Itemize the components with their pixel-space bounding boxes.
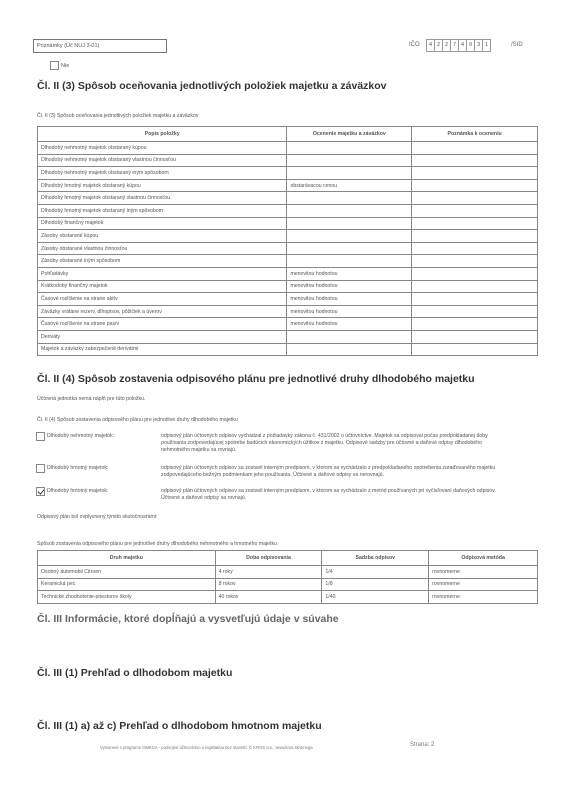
table-cell [287,343,412,356]
footer-credit: Vytvorené v programe OMEGA - podvojné úč… [100,745,313,750]
ico-digit: 1 [482,39,491,52]
checked-checkbox[interactable] [36,487,45,496]
table-row: Zásoby obstarané kúpou [38,230,538,243]
table-cell: menovitou hodnotou [287,305,412,318]
table-cell: Zásoby obstarané iným spôsobom [38,255,287,268]
table-row: Zásoby obstarané iným spôsobom [38,255,538,268]
table-cell [412,242,538,255]
column-header: Odpisová metóda [429,551,538,566]
table-cell [287,242,412,255]
table-cell: Časové rozlíšenie na strane aktív [38,293,287,306]
table-cell: Dlhodobý nehmotný majetok obstaraný iným… [38,167,287,180]
table-cell: Krátkodobý finančný majetok [38,280,287,293]
table-cell [412,255,538,268]
table-cell: Deriváty [38,330,287,343]
depreciation-option-label: Dlhodobý hmotný majetok: [47,488,108,494]
table-cell: obstarávacou cenou [287,179,412,192]
depreciation-option-text: odpisový plán účtovných odpisov sa zosta… [161,488,506,502]
table-cell: Dlhodobý hmotný majetok obstaraný iným s… [38,204,287,217]
depreciation-option-text: odpisový plán účtovných odpisov vychádza… [161,433,506,453]
table-row: Majetok a záväzky zabezpečené derivátmi [38,343,538,356]
sid-label: /SID [511,42,523,48]
column-header: Popis položky [38,127,287,142]
table-cell [412,179,538,192]
column-header: Ocenenie majetku a záväzkov [287,127,412,142]
section-ii3-heading: Čl. II (3) Spôsob oceňovania jednotlivýc… [37,80,387,92]
table-cell: rovnomerne [429,566,538,579]
checkbox[interactable] [36,464,45,473]
table-cell: Dlhodobý finančný majetok [38,217,287,230]
section-ii3-caption: Čl. II (3) Spôsob oceňovania jednotlivýc… [37,113,198,119]
ico-digit-boxes: 42274931 [427,39,491,52]
table-cell: Dlhodobý hmotný majetok obstaraný kúpou [38,179,287,192]
table-cell: Zásoby obstarané vlastnou činnosťou [38,242,287,255]
table-cell [412,305,538,318]
table-row: Krátkodobý finančný majetokmenovitou hod… [38,280,538,293]
table-row: Záväzky vrátane rezerv, dlhopisov, pôžič… [38,305,538,318]
depreciation-table-caption: Spôsob zostavenia odpisového plánu pre j… [37,541,277,547]
table-row: Zásoby obstarané vlastnou činnosťou [38,242,538,255]
table-cell: Technické zhodnotenie-priestorov školy [38,591,216,604]
table-row: Technické zhodnotenie-priestorov školy40… [38,591,538,604]
table-row: Dlhodobý nehmotný majetok obstaraný kúpo… [38,142,538,155]
table-cell: menovitou hodnotou [287,280,412,293]
depreciation-option-text: odpisový plán účtovných odpisov sa zosta… [161,465,506,479]
nie-checkbox[interactable] [50,61,59,70]
column-header: Sadzba odpisov [322,551,429,566]
table-cell: Keramická pec [38,578,216,591]
table-cell [412,330,538,343]
column-header: Doba odpisovania [215,551,322,566]
table-cell [412,318,538,331]
table-cell [287,230,412,243]
table-cell: Dlhodobý nehmotný majetok obstaraný vlas… [38,154,287,167]
depreciation-option-label-group[interactable]: Dlhodobý hmotný majetok: [36,488,161,502]
table-cell: menovitou hodnotou [287,318,412,331]
table-cell: Záväzky vrátane rezerv, dlhopisov, pôžič… [38,305,287,318]
table-cell: Časové rozlíšenie na strane pasív [38,318,287,331]
table-row: Dlhodobý nehmotný majetok obstaraný vlas… [38,154,538,167]
table-cell: 1/8 [322,578,429,591]
page-number: Strana: 2 [410,742,434,748]
table-cell [412,204,538,217]
valuation-table: Popis položkyOcenenie majetku a záväzkov… [37,126,538,356]
table-row: Pohľadávkymenovitou hodnotou [38,267,538,280]
table-cell: 40 rokov [215,591,322,604]
table-cell [412,192,538,205]
table-cell: Osobný automobil Citroen [38,566,216,579]
table-cell [287,192,412,205]
table-cell: Dlhodobý hmotný majetok obstaraný vlastn… [38,192,287,205]
depreciation-option-label-group[interactable]: Dlhodobý nehmotný majetok: [36,433,161,453]
table-cell: 1/40 [322,591,429,604]
table-cell [412,343,538,356]
nie-label: Nie [61,63,69,69]
table-cell [412,293,538,306]
table-cell [287,142,412,155]
influence-note: Odpisový plán bol ovplyvnený týmito skut… [37,514,157,520]
depreciation-option-label-group[interactable]: Dlhodobý hmotný majetok: [36,465,161,479]
table-cell [412,154,538,167]
table-cell: menovitou hodnotou [287,293,412,306]
section-iii1-heading: Čl. III (1) Prehľad o dlhodobom majetku [37,667,232,679]
table-row: Osobný automobil Citroen4 roky1/4rovnome… [38,566,538,579]
table-row: Deriváty [38,330,538,343]
no-content-note: Účtovná jednotka nemá náplň pre túto pol… [37,396,145,402]
table-cell: 4 roky [215,566,322,579]
depreciation-option: Dlhodobý nehmotný majetok:odpisový plán … [36,433,506,453]
table-cell: 1/4 [322,566,429,579]
table-cell: menovitou hodnotou [287,267,412,280]
table-cell [287,255,412,268]
table-cell [287,154,412,167]
ico-label: IČO [409,42,420,48]
table-cell: Pohľadávky [38,267,287,280]
table-row: Dlhodobý finančný majetok [38,217,538,230]
table-cell: rovnomerne [429,591,538,604]
section-ii4-caption: Čl. II (4) Spôsob zostavenia odpisového … [37,417,238,423]
table-row: Keramická pec8 rokov1/8rovnomerne [38,578,538,591]
table-cell: 8 rokov [215,578,322,591]
table-row: Dlhodobý nehmotný majetok obstaraný iným… [38,167,538,180]
table-cell [287,217,412,230]
table-row: Dlhodobý hmotný majetok obstaraný kúpouo… [38,179,538,192]
depreciation-option: Dlhodobý hmotný majetok:odpisový plán úč… [36,488,506,502]
table-cell [412,280,538,293]
depreciation-option-label: Dlhodobý nehmotný majetok: [47,433,114,439]
table-cell [412,167,538,180]
table-row: Dlhodobý hmotný majetok obstaraný iným s… [38,204,538,217]
table-cell: Dlhodobý nehmotný majetok obstaraný kúpo… [38,142,287,155]
table-cell [412,267,538,280]
column-header: Poznámka k oceneniu [412,127,538,142]
table-row: Časové rozlíšenie na strane aktívmenovit… [38,293,538,306]
table-cell [287,167,412,180]
depreciation-option-label: Dlhodobý hmotný majetok: [47,465,108,471]
table-cell [412,217,538,230]
section-iii-heading: Čl. III Informácie, ktoré dopĺňajú a vys… [37,613,339,625]
nie-option[interactable]: Nie [50,61,69,70]
table-cell [412,230,538,243]
notes-field[interactable]: Poznámky (Úč NUJ 3-01) [33,39,167,53]
table-row: Dlhodobý hmotný majetok obstaraný vlastn… [38,192,538,205]
table-cell: Zásoby obstarané kúpou [38,230,287,243]
depreciation-table: Druh majetkuDoba odpisovaniaSadzba odpis… [37,550,538,604]
table-cell [287,204,412,217]
table-cell: rovnomerne [429,578,538,591]
depreciation-option: Dlhodobý hmotný majetok:odpisový plán úč… [36,465,506,479]
column-header: Druh majetku [38,551,216,566]
table-row: Časové rozlíšenie na strane pasívmenovit… [38,318,538,331]
table-cell [412,142,538,155]
section-ii4-heading: Čl. II (4) Spôsob zostavenia odpisového … [37,373,475,385]
table-cell: Majetok a záväzky zabezpečené derivátmi [38,343,287,356]
section-iii1ac-heading: Čl. III (1) a) až c) Prehľad o dlhodobom… [37,720,322,732]
checkbox[interactable] [36,432,45,441]
table-cell [287,330,412,343]
